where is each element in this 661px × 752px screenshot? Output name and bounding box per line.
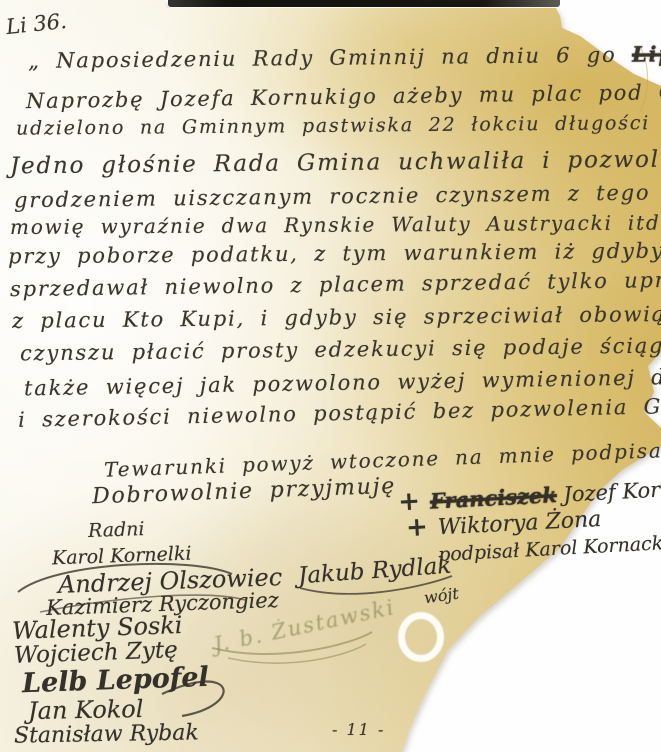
document-scan: Li 36. „ Naposiedzeniu Rady Gminnij na d… [0, 0, 661, 752]
signature-left-6: Lelb Lepofel [22, 662, 210, 700]
ring-stain-mark [398, 612, 444, 662]
signature-kornacki-name: Jozef Kornacki [563, 475, 661, 507]
struck-word-lipca: Lipca [632, 41, 661, 67]
body-line-6: mowię wyraźnie dwa Rynskie Waluty Austry… [10, 209, 661, 239]
council-heading: Radni [88, 518, 145, 542]
scan-edge-artifact [168, 0, 560, 7]
signature-left-8: Stanisław Rybak [14, 720, 199, 748]
page-number: - 11 - [332, 720, 385, 739]
signature-left-7: Jan Kokol [28, 695, 144, 725]
signature-cross-2: + [405, 512, 428, 543]
